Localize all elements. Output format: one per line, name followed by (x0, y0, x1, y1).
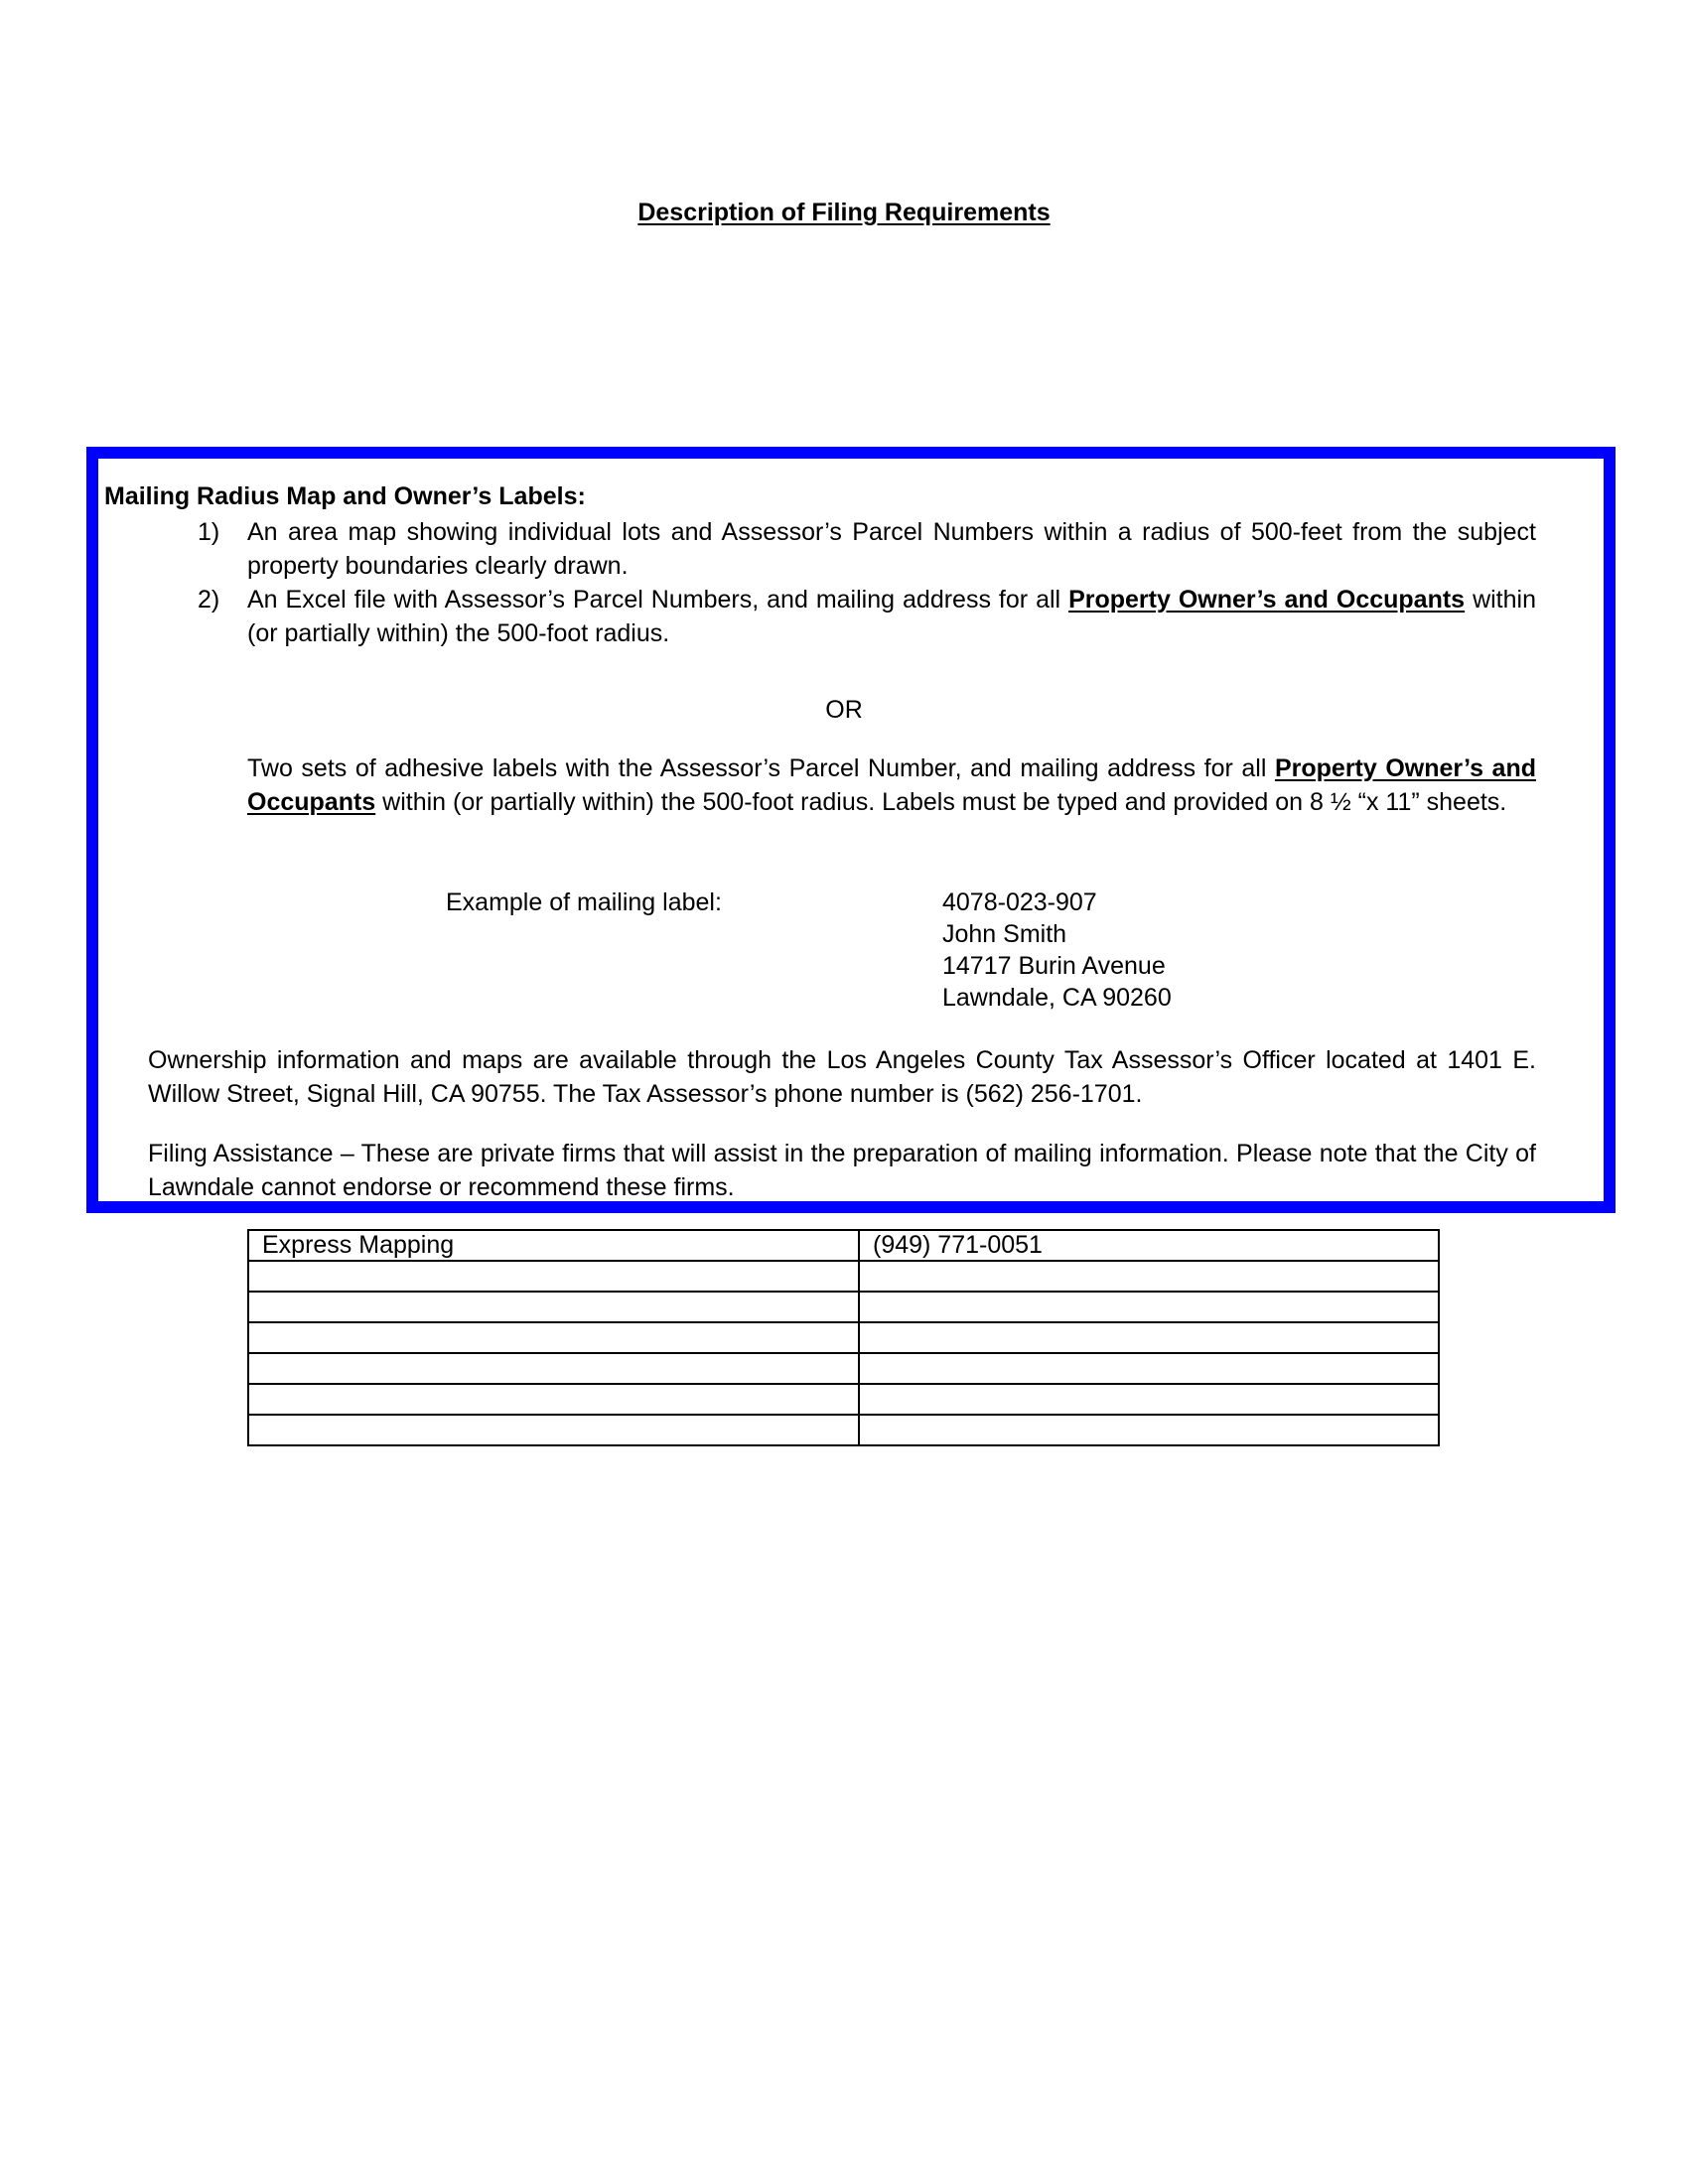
filing-assistance-paragraph: Filing Assistance – These are private fi… (148, 1137, 1536, 1204)
alternative-paragraph: Two sets of adhesive labels with the Ass… (247, 751, 1536, 819)
table-row (248, 1292, 1439, 1322)
label-street: 14717 Burin Avenue (942, 950, 1172, 982)
alternative-text-after: within (or partially within) the 500-foo… (375, 788, 1506, 816)
list-item-2-text: An Excel file with Assessor’s Parcel Num… (247, 583, 1536, 650)
label-city: Lawndale, CA 90260 (942, 982, 1172, 1014)
firm-phone-cell (859, 1353, 1439, 1384)
table-row (248, 1353, 1439, 1384)
ownership-info-paragraph: Ownership information and maps are avail… (148, 1043, 1536, 1111)
list-item-1-text: An area map showing individual lots and … (247, 515, 1536, 583)
label-name: John Smith (942, 918, 1172, 950)
table-row (248, 1261, 1439, 1292)
table-row (248, 1322, 1439, 1353)
item-2-text-before: An Excel file with Assessor’s Parcel Num… (247, 586, 1068, 614)
or-separator: OR (0, 696, 1688, 725)
firm-name-cell (248, 1322, 859, 1353)
firm-phone-cell (859, 1384, 1439, 1415)
list-item-number-1: 1) (198, 515, 219, 549)
list-item-number-2: 2) (198, 583, 219, 616)
firm-phone-cell (859, 1292, 1439, 1322)
firms-table: Express Mapping(949) 771-0051 (247, 1229, 1440, 1446)
firm-phone-cell (859, 1415, 1439, 1445)
table-row (248, 1415, 1439, 1445)
label-parcel-number: 4078-023-907 (942, 887, 1172, 918)
example-label-caption: Example of mailing label: (446, 887, 722, 918)
item-2-emphasis: Property Owner’s and Occupants (1068, 586, 1465, 614)
firm-name-cell (248, 1353, 859, 1384)
alternative-text-before: Two sets of adhesive labels with the Ass… (247, 754, 1275, 782)
table-row (248, 1384, 1439, 1415)
firm-name-cell (248, 1261, 859, 1292)
page-title: Description of Filing Requirements (0, 199, 1688, 227)
example-mailing-label: 4078-023-907 John Smith 14717 Burin Aven… (942, 887, 1172, 1014)
section-heading: Mailing Radius Map and Owner’s Labels: (104, 479, 586, 513)
firm-name-cell (248, 1384, 859, 1415)
table-row: Express Mapping(949) 771-0051 (248, 1230, 1439, 1261)
firm-phone-cell (859, 1261, 1439, 1292)
firm-name-cell (248, 1292, 859, 1322)
firm-name-cell (248, 1415, 859, 1445)
firm-phone-cell: (949) 771-0051 (859, 1230, 1439, 1261)
firm-name-cell: Express Mapping (248, 1230, 859, 1261)
firm-phone-cell (859, 1322, 1439, 1353)
